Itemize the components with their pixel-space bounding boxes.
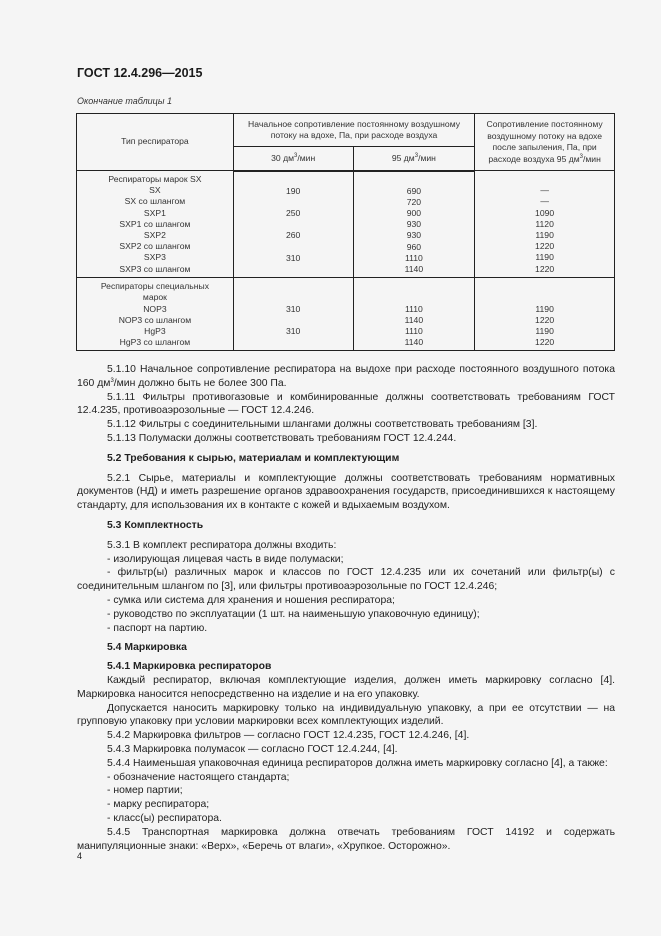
table-row-group: Респираторы марок SXSXSX со шлангомSXP1S… [77, 171, 615, 278]
document-body: 5.1.10 Начальное сопротивление респирато… [77, 363, 615, 853]
table-cell-clog: ——109011201190122011901220 [475, 171, 615, 278]
list-item: - фильтр(ы) различных марок и классов по… [77, 566, 615, 594]
table-cell-r95: 69072090093093096011101140 [353, 171, 475, 278]
header-initial-resistance: Начальное сопротивление постоянному возд… [233, 114, 474, 147]
table-cell-clog: 1190122011901220 [475, 278, 615, 351]
para-5-4-1a: Каждый респиратор, включая комплектующие… [77, 674, 615, 702]
list-item: - класс(ы) респиратора. [77, 812, 615, 826]
heading-5-3: 5.3 Комплектность [77, 519, 615, 533]
header-95: 95 дм3/мин [353, 147, 475, 171]
header-30: 30 дм3/мин [233, 147, 353, 171]
resistance-table: Тип респиратора Начальное сопротивление … [76, 113, 615, 351]
list-item: - изолирующая лицевая часть в виде полум… [77, 553, 615, 567]
para-5-1-11: 5.1.11 Фильтры противогазовые и комбинир… [77, 391, 615, 419]
list-item: - паспорт на партию. [77, 622, 615, 636]
para-5-2-1: 5.2.1 Сырье, материалы и комплектующие д… [77, 472, 615, 513]
header-clogged-resistance: Сопротивление постоянному воздушному пот… [475, 114, 615, 171]
para-5-1-12: 5.1.12 Фильтры с соединительными шлангам… [77, 418, 615, 432]
para-5-4-1b: Допускается наносить маркировку только н… [77, 702, 615, 730]
document-header: ГОСТ 12.4.296—2015 [77, 66, 202, 80]
heading-5-2: 5.2 Требования к сырью, материалам и ком… [77, 452, 615, 466]
heading-5-4: 5.4 Маркировка [77, 641, 615, 655]
list-item: - обозначение настоящего стандарта; [77, 771, 615, 785]
list-item: - номер партии; [77, 784, 615, 798]
table-row-group: Респираторы специальныхмарокNOP3NOP3 со … [77, 278, 615, 351]
para-5-1-13: 5.1.13 Полумаски должны соответствовать … [77, 432, 615, 446]
para-5-3-1: 5.3.1 В комплект респиратора должны вход… [77, 539, 615, 553]
list-item: - марку респиратора; [77, 798, 615, 812]
para-5-4-2: 5.4.2 Маркировка фильтров — согласно ГОС… [77, 729, 615, 743]
para-5-1-10: 5.1.10 Начальное сопротивление респирато… [77, 363, 615, 391]
list-item: - сумка или система для хранения и ношен… [77, 594, 615, 608]
table-cell-r95: 1110114011101140 [353, 278, 475, 351]
table-caption: Окончание таблицы 1 [77, 96, 172, 106]
table-cell-type: Респираторы специальныхмарокNOP3NOP3 со … [77, 278, 234, 351]
para-5-4-3: 5.4.3 Маркировка полумасок — согласно ГО… [77, 743, 615, 757]
para-5-4-4: 5.4.4 Наименьшая упаковочная единица рес… [77, 757, 615, 771]
table-cell-r30: 190250260310 [233, 171, 353, 278]
para-5-4-5: 5.4.5 Транспортная маркировка должна отв… [77, 826, 615, 854]
table-cell-type: Респираторы марок SXSXSX со шлангомSXP1S… [77, 171, 234, 278]
heading-5-4-1: 5.4.1 Маркировка респираторов [77, 660, 615, 674]
page-number: 4 [77, 851, 82, 861]
header-respirator-type: Тип респиратора [77, 114, 234, 171]
table-cell-r30: 310310 [233, 278, 353, 351]
list-item: - руководство по эксплуатации (1 шт. на … [77, 608, 615, 622]
